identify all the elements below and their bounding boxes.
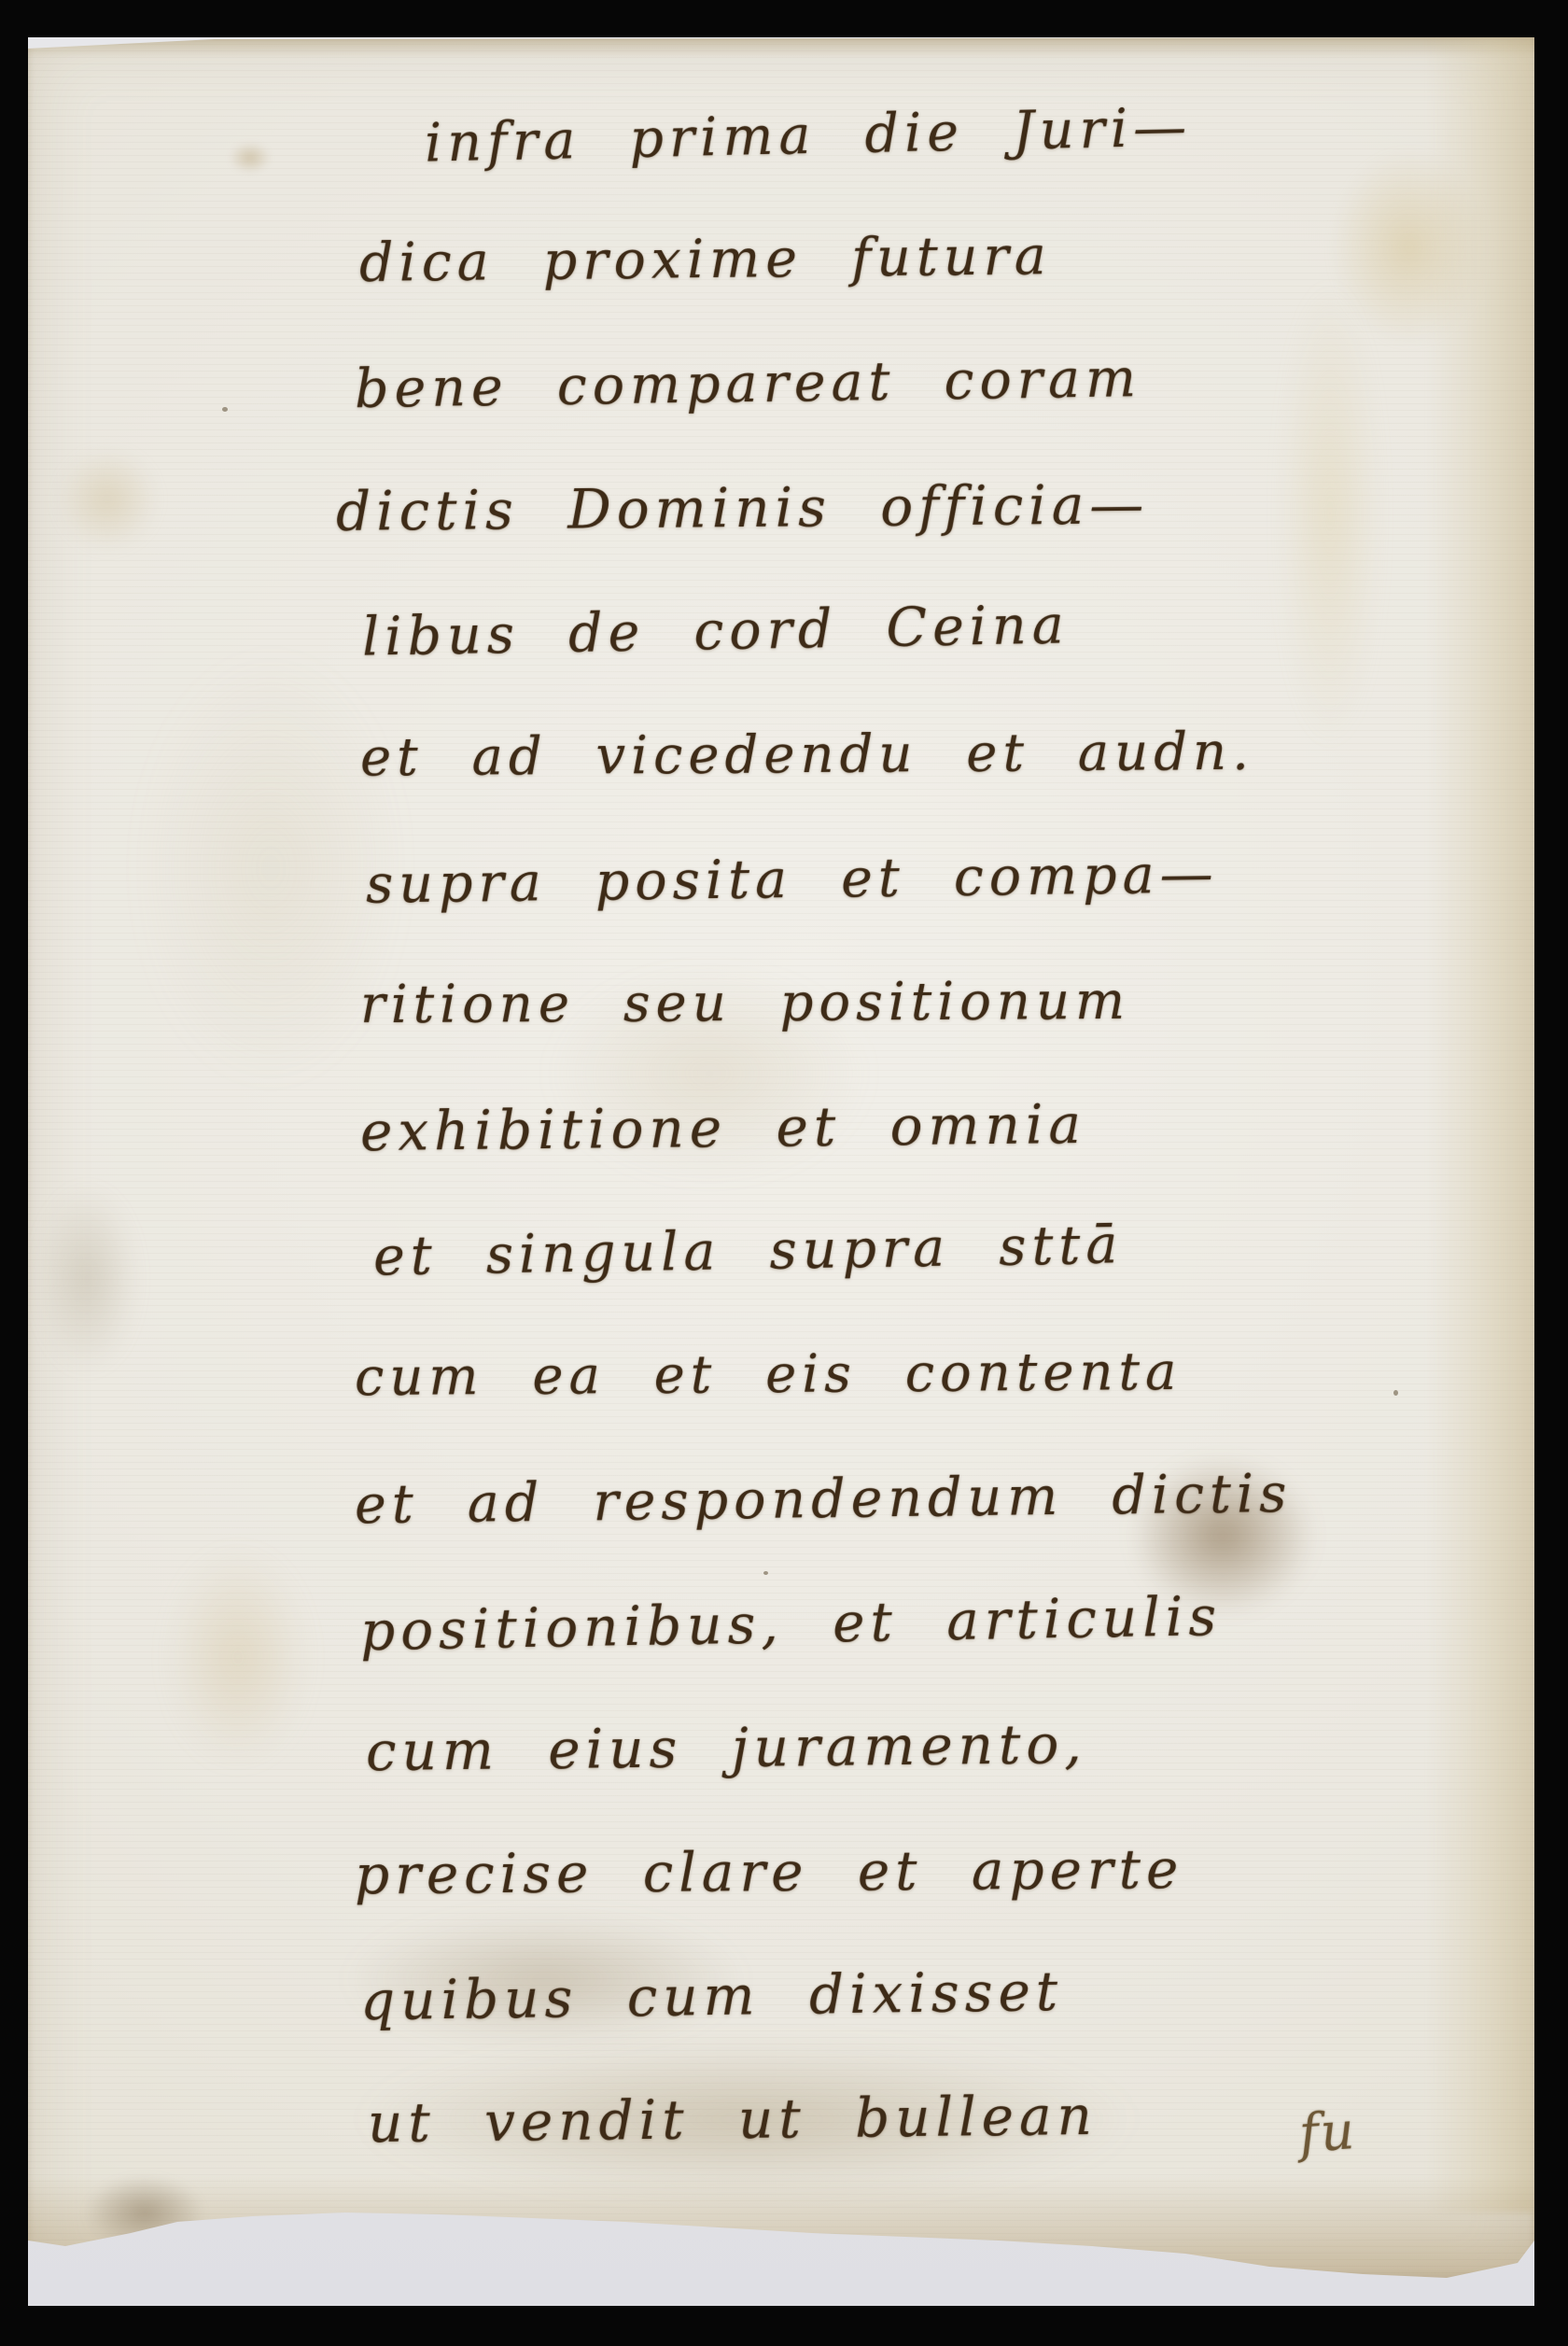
handwriting-line-10: et singula supra sttā <box>373 1219 1124 1285</box>
paper-speck <box>1393 1390 1398 1396</box>
handwriting-line-2: dica proxime futura <box>359 230 1052 290</box>
handwriting-line-15: precise clare et aperte <box>355 1842 1184 1902</box>
handwriting-line-9: exhibitione et omnia <box>360 1097 1087 1159</box>
handwriting-line-8: ritione seu positionum <box>360 976 1130 1032</box>
handwriting-line-14: cum eius juramento, <box>366 1717 1087 1778</box>
handwriting-line-1: infra prima die Juri— <box>424 101 1192 170</box>
handwriting-line-5: libus de cord Ceina <box>362 598 1071 664</box>
handwriting-line-17: ut vendit ut bullean <box>368 2088 1098 2150</box>
scanned-manuscript-photo: infra prima die Juri— dica proxime futur… <box>0 0 1568 2346</box>
catchword-mark: fu <box>1297 2100 1358 2165</box>
handwriting-line-3: bene compareat coram <box>355 352 1142 416</box>
handwriting-line-7: supra posita et compa— <box>366 848 1219 911</box>
paper-speck <box>763 1571 768 1575</box>
handwriting-line-11: cum ea et eis contenta <box>355 1346 1183 1404</box>
handwriting-line-6: et ad vicedendu et audn. <box>360 726 1254 785</box>
handwriting-line-16: quibus cum dixisset <box>360 1964 1064 2029</box>
handwriting-line-4: dictis Dominis officia— <box>336 477 1150 539</box>
handwriting-line-13: positionibus, et articulis <box>360 1589 1223 1658</box>
paper-speck <box>222 407 228 412</box>
handwriting-line-12: et ad respondendum dictis <box>355 1468 1293 1532</box>
